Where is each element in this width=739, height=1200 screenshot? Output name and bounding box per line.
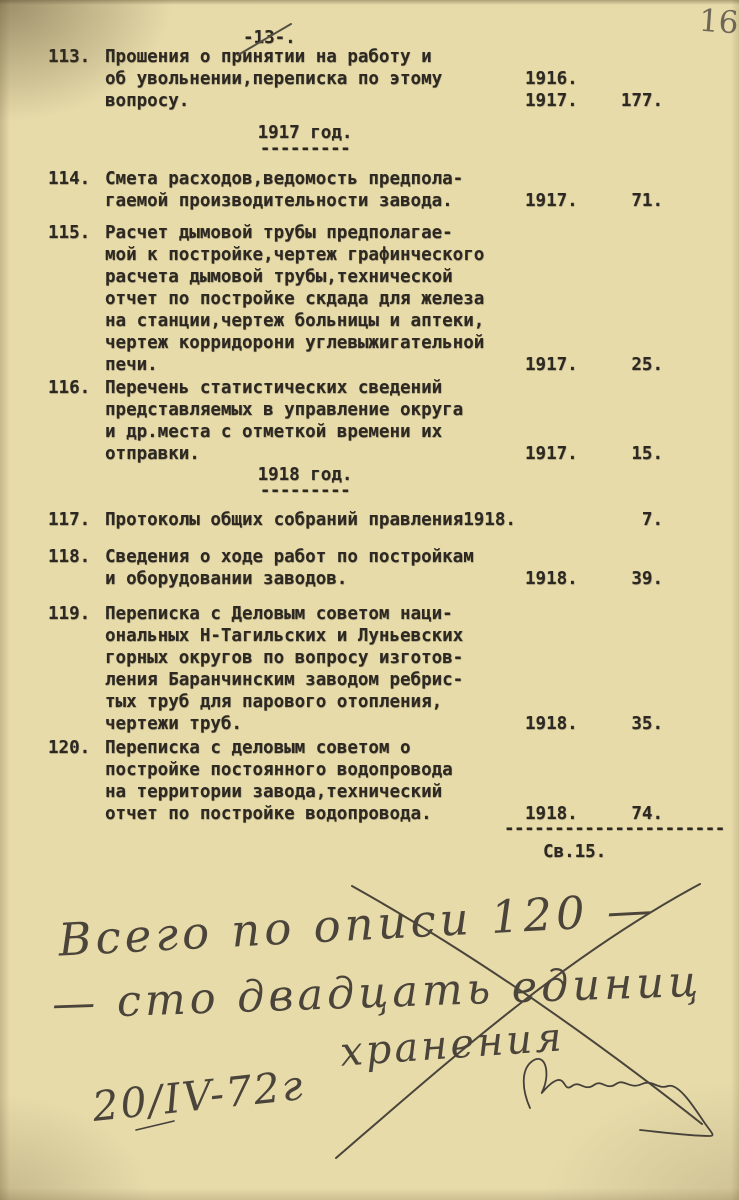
item-sheet-count: 25. [585,354,663,376]
item-number: 119. [48,603,105,735]
archive-document-page: -13-. 16 113. Прошения о принятии на раб… [0,0,739,1200]
item-years: 1917. [525,354,585,376]
item-description: Смета расходов,ведомость предпола- гаемо… [105,168,525,212]
item-years: 1918. [525,568,585,590]
item-year: 1918. [463,509,516,531]
signature [524,1059,713,1136]
inventory-item: 118. Сведения о ходе работ по постройкам… [48,546,663,590]
handwritten-total-line2: — сто двадцать единиц [51,957,703,1030]
item-sheet-count: 7. [516,509,663,531]
item-years: 1916. 1917. [525,68,585,112]
item-years: 1917. [525,443,585,465]
inventory-item: 115. Расчет дымовой трубы предполагае- м… [48,222,663,376]
item-description: Сведения о ходе работ по постройкам и об… [105,546,525,590]
item-number: 117. [48,509,105,531]
handwritten-total-line3: хранения [339,1014,566,1076]
item-number: 113. [48,46,105,112]
item-number: 120. [48,737,105,825]
item-sheet-count: 35. [585,713,663,735]
item-number: 114. [48,168,105,212]
item-sheet-count: 177. [585,90,663,112]
item-years: 1918. [525,713,585,735]
inventory-item: 113. Прошения о принятии на работу и об … [48,46,663,112]
handwritten-date: 20/IV-72г [90,1061,307,1131]
item-year: 1918. [525,713,585,735]
item-description: Протоколы общих собраний правления [105,509,463,531]
item-year: 1917. [525,354,585,376]
item-description: Переписка с Деловым советом наци- ональн… [105,603,525,735]
item-number: 116. [48,377,105,465]
item-description: Прошения о принятии на работу и об уволь… [105,46,525,112]
section-rule: --------- [250,138,360,160]
item-number: 115. [48,222,105,376]
item-year: 1917. [525,190,585,212]
inventory-item: 120. Переписка с деловым советом о постр… [48,737,663,825]
section-header-1918: 1918 год. --------- [250,464,360,502]
item-year: 1917. [525,90,585,112]
item-years: 1918. [463,509,516,531]
inventory-item: 116. Перечень статистических сведений пр… [48,377,663,465]
inventory-item: 119. Переписка с Деловым советом наци- о… [48,603,663,735]
item-year: 1918. [525,568,585,590]
item-description: Переписка с деловым советом о постройке … [105,737,525,825]
section-rule: --------- [250,480,360,502]
item-sheet-count: 71. [585,190,663,212]
section-header-1917: 1917 год. --------- [250,122,360,160]
bundle-note: Св.15. [543,841,606,863]
item-sheet-count: 15. [585,443,663,465]
item-year: 1917. [525,443,585,465]
item-years: 1917. [525,190,585,212]
inventory-item: 114. Смета расходов,ведомость предпола- … [48,168,663,212]
handwritten-total-line1: Всего по описи 120 — [57,882,657,966]
item-description: Перечень статистических сведений предста… [105,377,525,465]
item-sheet-count: 39. [585,568,663,590]
item-number: 118. [48,546,105,590]
item-year: 1916. [525,68,585,90]
inventory-item: 117. Протоколы общих собраний правления … [48,509,663,531]
sheet-corner-number: 16 [698,3,739,42]
footer-rule: ---------------------- [504,818,738,840]
item-description: Расчет дымовой трубы предполагае- мой к … [105,222,525,376]
